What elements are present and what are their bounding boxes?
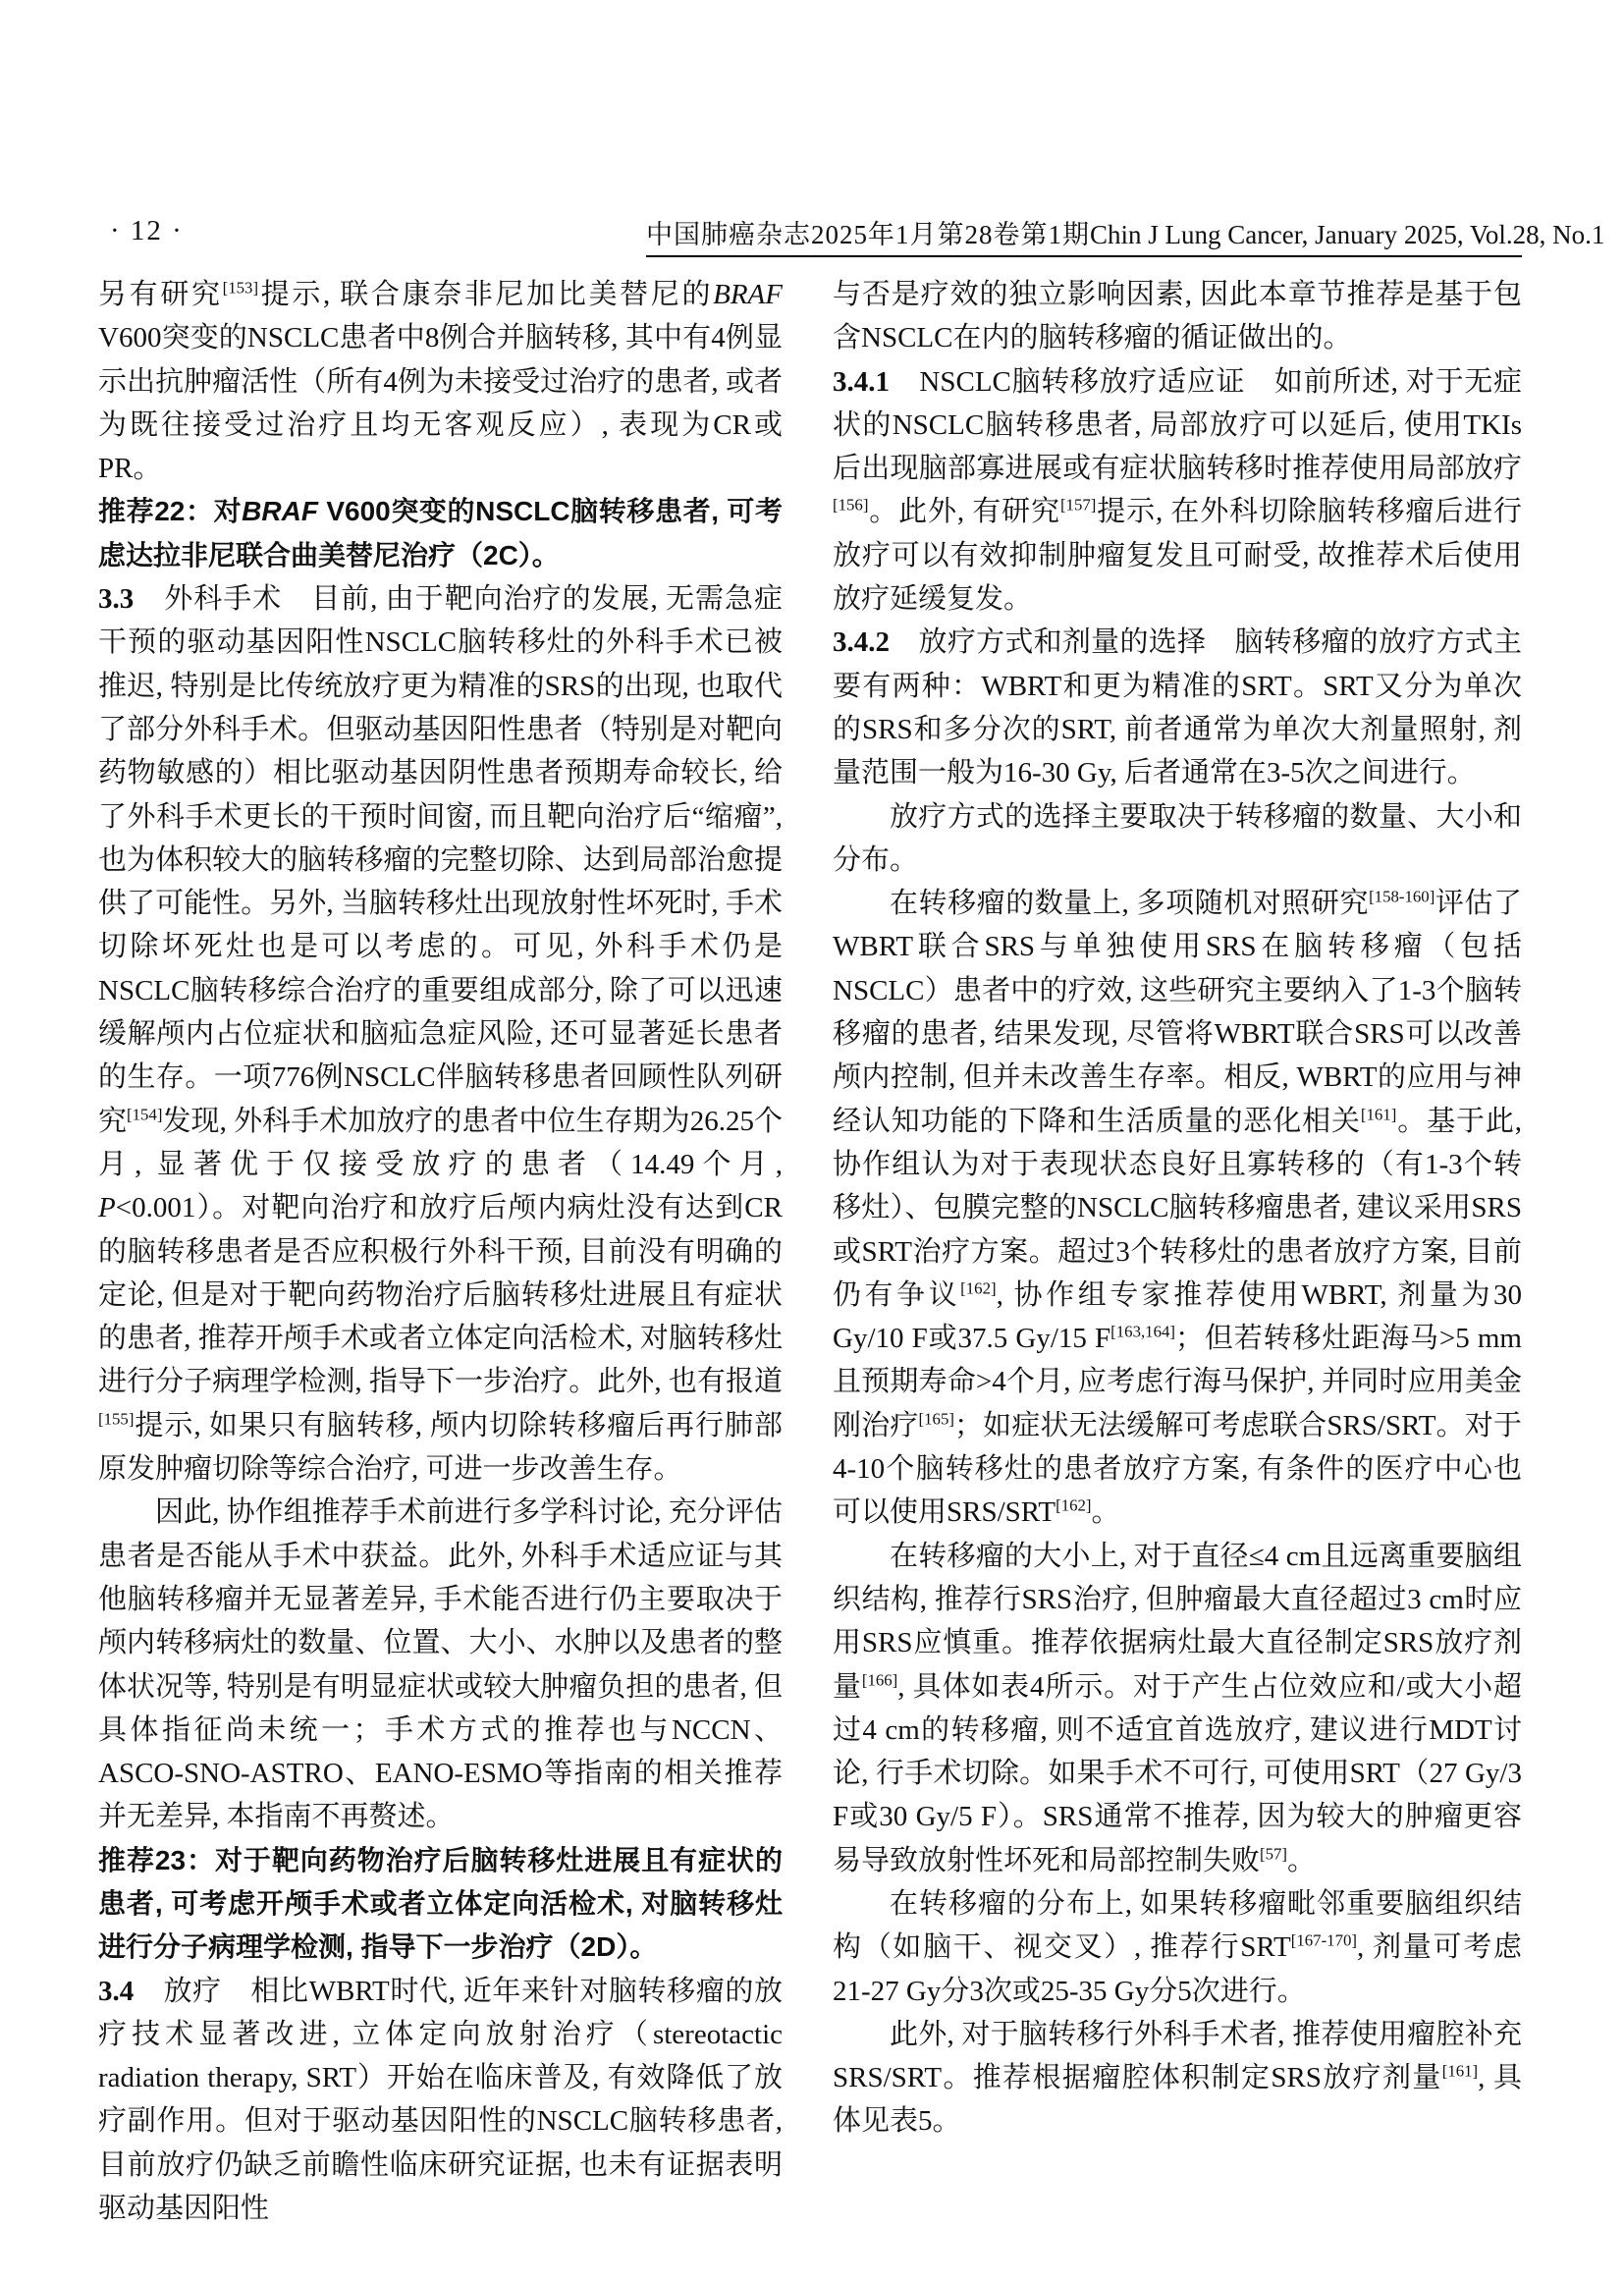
recommendation-paragraph: 推荐22：对BRAF V600突变的NSCLC脑转移患者, 可考虑达拉非尼联合曲… (98, 490, 783, 577)
body-paragraph: 因此, 协作组推荐手术前进行多学科讨论, 充分评估患者是否能从手术中获益。此外,… (98, 1491, 783, 1838)
header-rule (646, 255, 1522, 257)
journal-title-chinese: 中国肺癌杂志2025年1月第28卷第1期 (646, 213, 1090, 251)
body-paragraph: 3.4.2 放疗方式和剂量的选择 脑转移瘤的放疗方式主要有两种：WBRT和更为精… (833, 621, 1522, 794)
journal-title-english: Chin J Lung Cancer, January 2025, Vol.28… (1090, 220, 1604, 250)
text-column-right: 与否是疗效的独立影响因素, 因此本章节推荐是基于包含NSCLC在内的脑转移瘤的循… (833, 273, 1522, 2144)
recommendation-paragraph: 推荐23：对于靶向药物治疗后脑转移灶进展且有症状的患者, 可考虑开颅手术或者立体… (98, 1839, 783, 1970)
body-paragraph: 3.4.1 NSCLC脑转移放疗适应证 如前所述, 对于无症状的NSCLC脑转移… (833, 360, 1522, 622)
body-paragraph: 3.4 放疗 相比WBRT时代, 近年来针对脑转移瘤的放疗技术显著改进, 立体定… (98, 1970, 783, 2231)
body-paragraph: 另有研究[153]提示, 联合康奈非尼加比美替尼的BRAF V600突变的NSC… (98, 273, 783, 490)
journal-page: · 12 · 中国肺癌杂志2025年1月第28卷第1期 Chin J Lung … (0, 0, 1624, 2281)
body-paragraph: 在转移瘤的分布上, 如果转移瘤毗邻重要脑组织结构（如脑干、视交叉）, 推荐行SR… (833, 1882, 1522, 2013)
body-paragraph: 放疗方式的选择主要取决于转移瘤的数量、大小和分布。 (833, 795, 1522, 883)
body-paragraph: 在转移瘤的大小上, 对于直径≤4 cm且远离重要脑组织结构, 推荐行SRS治疗,… (833, 1535, 1522, 1882)
text-column-left: 另有研究[153]提示, 联合康奈非尼加比美替尼的BRAF V600突变的NSC… (98, 273, 783, 2230)
body-paragraph: 在转移瘤的数量上, 多项随机对照研究[158-160]评估了WBRT联合SRS与… (833, 882, 1522, 1534)
page-number: · 12 · (110, 215, 184, 247)
body-paragraph: 3.3 外科手术 目前, 由于靶向治疗的发展, 无需急症干预的驱动基因阳性NSC… (98, 577, 783, 1491)
running-head: 中国肺癌杂志2025年1月第28卷第1期 Chin J Lung Cancer,… (646, 213, 1522, 251)
body-paragraph: 此外, 对于脑转移行外科手术者, 推荐使用瘤腔补充SRS/SRT。推荐根据瘤腔体… (833, 2013, 1522, 2144)
body-paragraph: 与否是疗效的独立影响因素, 因此本章节推荐是基于包含NSCLC在内的脑转移瘤的循… (833, 273, 1522, 360)
